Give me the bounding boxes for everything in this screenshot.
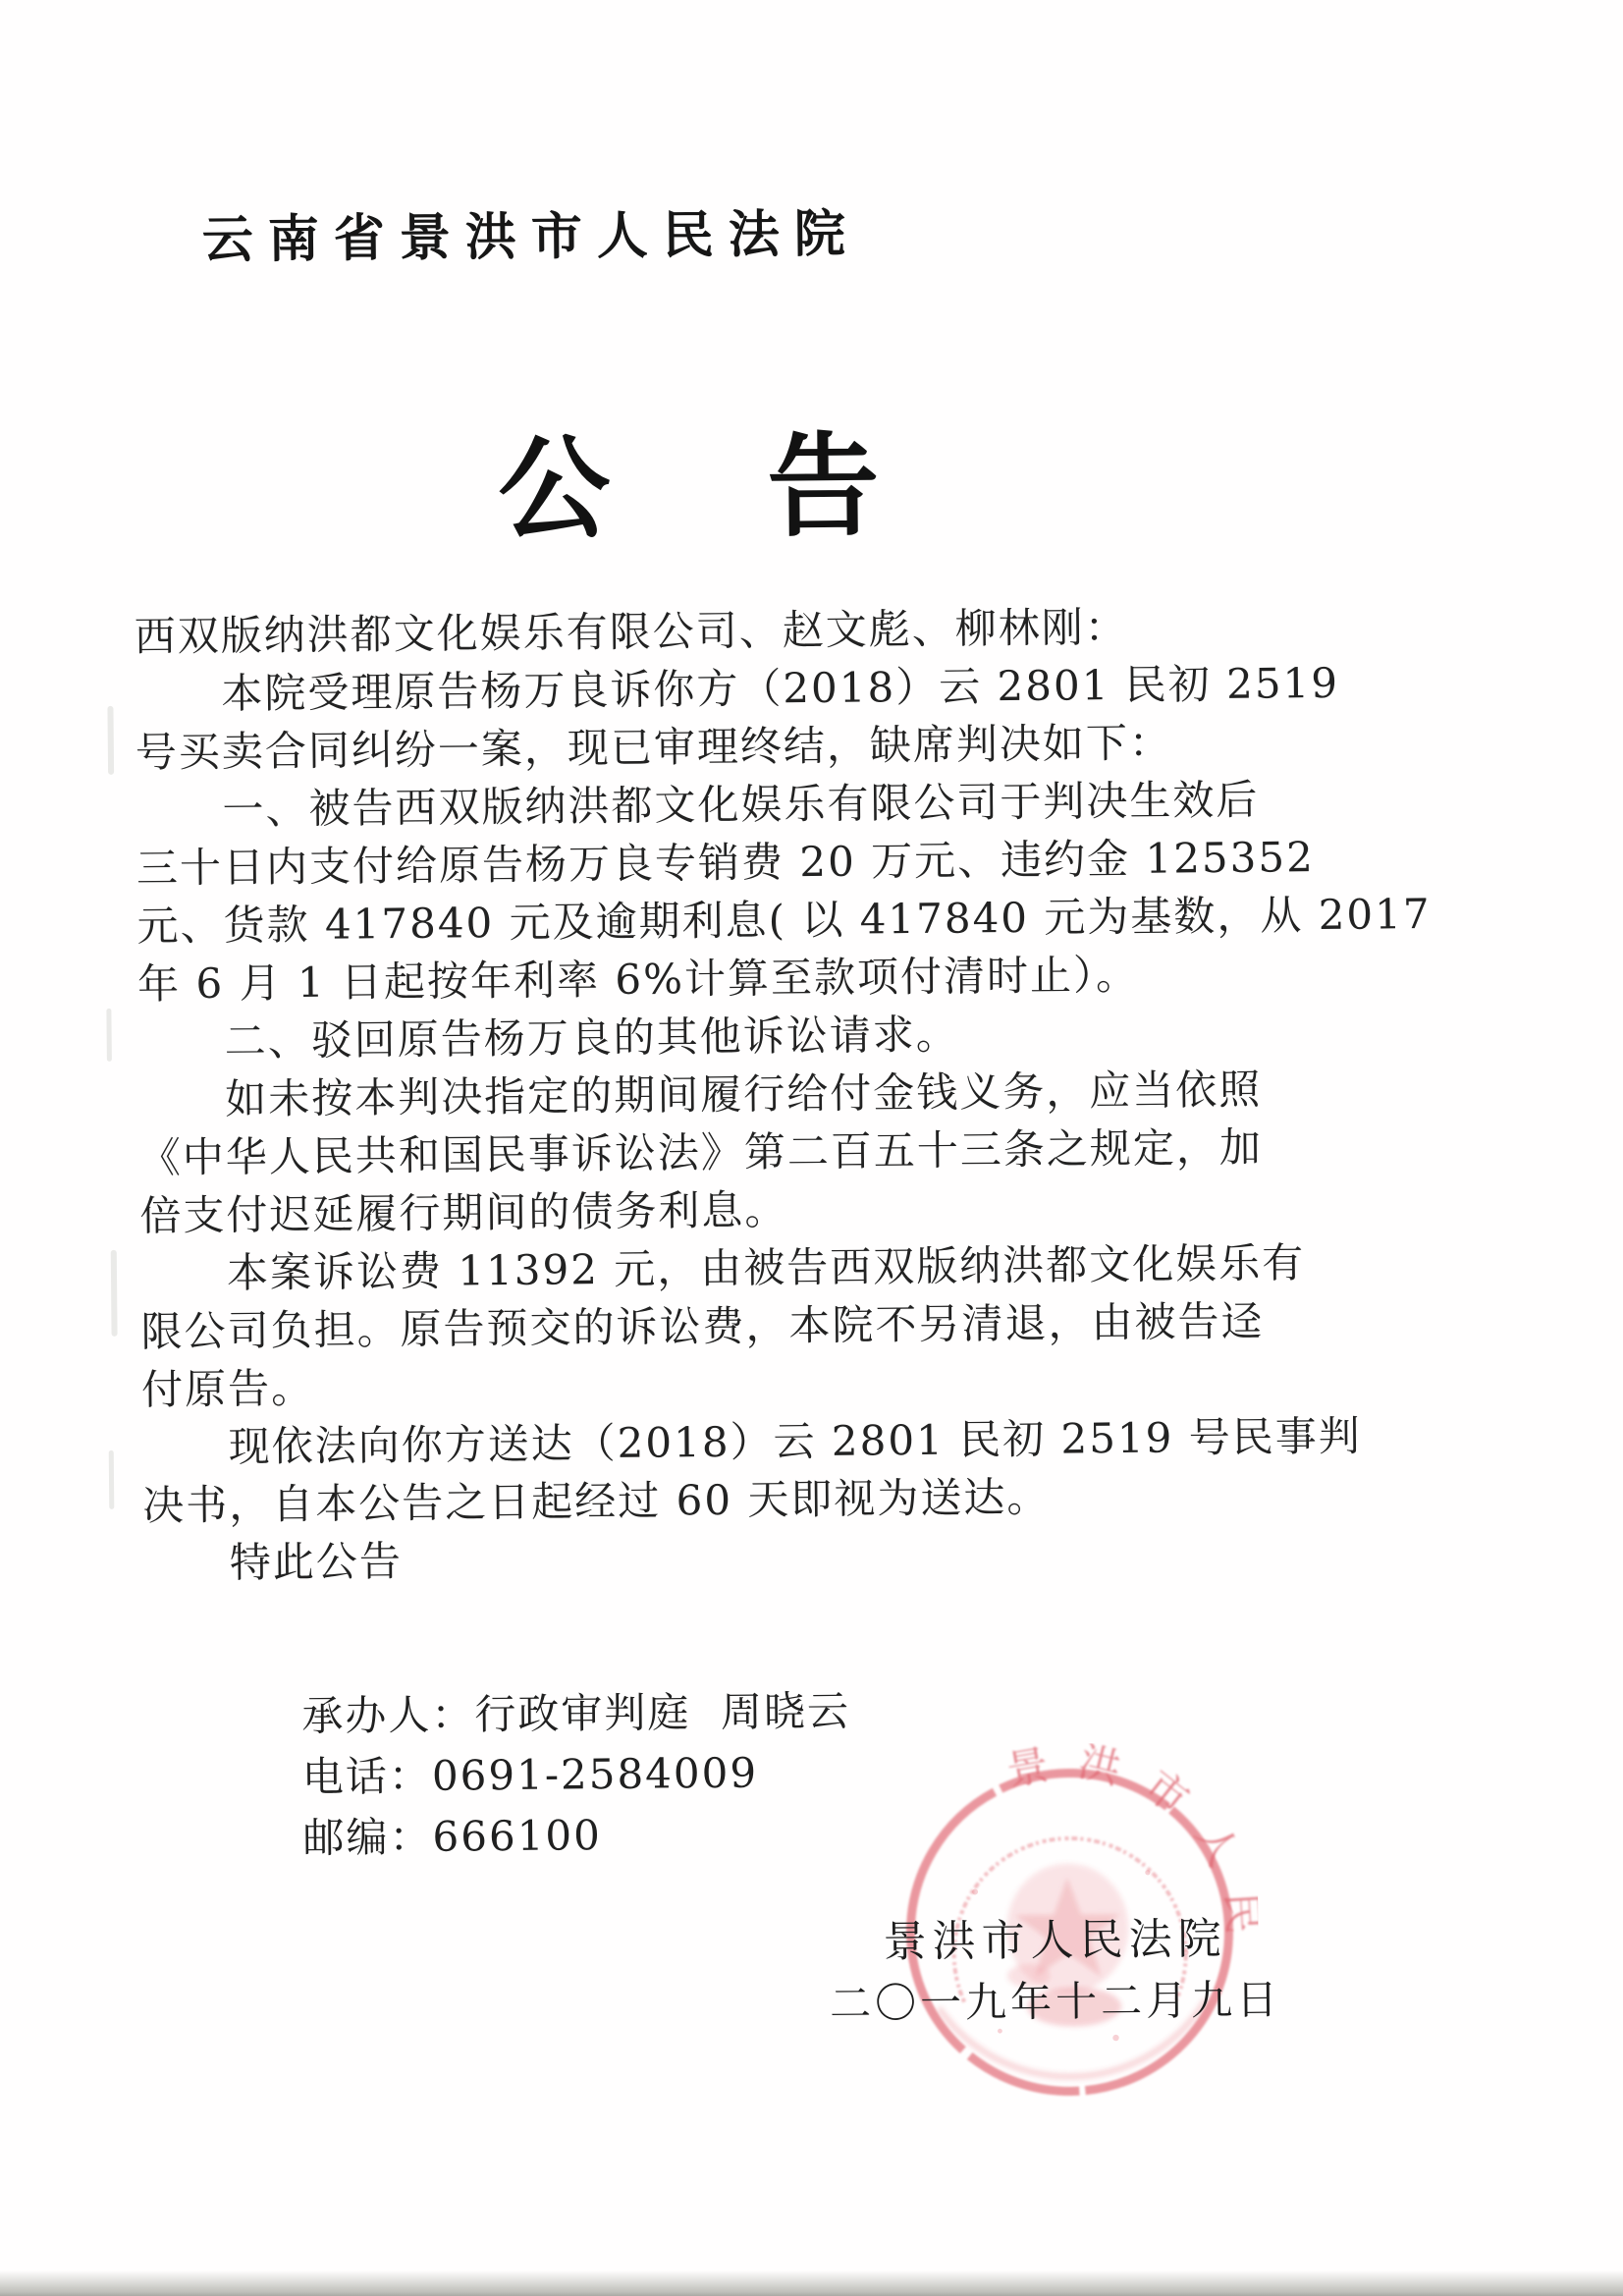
postcode-value: 666100 bbox=[432, 1811, 602, 1861]
scan-artifact bbox=[107, 706, 114, 775]
contact-phone-line: 电话：0691-2584009 bbox=[302, 1742, 851, 1808]
scanned-court-notice-page: 云南省景洪市人民法院 公告 西双版纳洪都文化娱乐有限公司、赵文彪、柳林刚：本院受… bbox=[0, 0, 1623, 2296]
contact-handler-line: 承办人：行政审判庭 周晓云 bbox=[301, 1681, 850, 1747]
notice-body: 西双版纳洪都文化娱乐有限公司、赵文彪、柳林刚：本院受理原告杨万良诉你方（2018… bbox=[134, 594, 1538, 1593]
court-name-heading: 云南省景洪市人民法院 bbox=[201, 191, 860, 271]
scan-artifact bbox=[106, 1009, 112, 1062]
postcode-label: 邮编： bbox=[302, 1813, 432, 1862]
notice-title: 公告 bbox=[497, 395, 1037, 561]
handler-value: 行政审判庭 周晓云 bbox=[474, 1687, 850, 1739]
contact-postcode-line: 邮编：666100 bbox=[302, 1803, 851, 1869]
signature-block: 景洪市人民法院 二〇一九年十二月九日 bbox=[824, 1908, 1286, 2035]
handler-label: 承办人： bbox=[301, 1690, 474, 1740]
signature-date-line: 二〇一九年十二月九日 bbox=[825, 1969, 1287, 2035]
scan-artifact bbox=[111, 1250, 118, 1337]
signature-court-line: 景洪市人民法院 bbox=[824, 1908, 1286, 1974]
scan-artifact bbox=[109, 1450, 115, 1509]
body-line: 特此公告 bbox=[143, 1521, 1539, 1593]
phone-value: 0691-2584009 bbox=[432, 1749, 759, 1800]
scanner-edge-shadow bbox=[0, 2270, 1623, 2296]
phone-label: 电话： bbox=[302, 1752, 432, 1801]
contact-block: 承办人：行政审判庭 周晓云 电话：0691-2584009 邮编：666100 bbox=[301, 1681, 851, 1869]
document-content: 云南省景洪市人民法院 公告 西双版纳洪都文化娱乐有限公司、赵文彪、柳林刚：本院受… bbox=[0, 0, 1623, 2296]
